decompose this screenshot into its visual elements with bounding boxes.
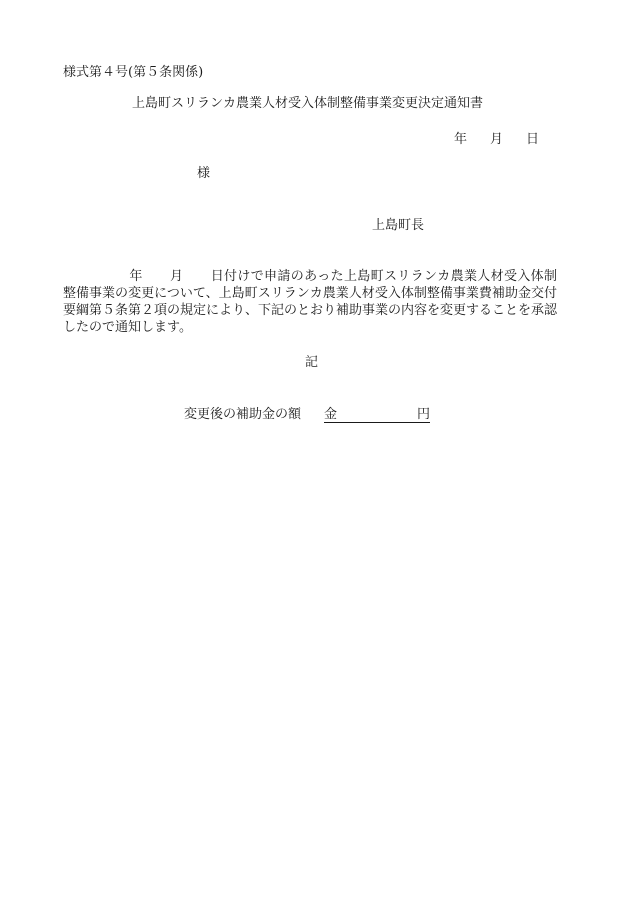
date-day-label: 日 xyxy=(526,133,539,146)
date-month-label: 月 xyxy=(490,133,503,146)
body-year-label: 年 xyxy=(129,269,143,284)
amount-field: 金円 xyxy=(324,408,430,423)
ki-heading: 記 xyxy=(305,356,318,369)
body-month-label: 月 xyxy=(170,269,184,284)
amount-suffix: 円 xyxy=(417,408,430,421)
date-line: 年月日 xyxy=(454,133,539,146)
date-year-label: 年 xyxy=(454,133,467,146)
amount-prefix: 金 xyxy=(324,407,337,422)
amount-label: 変更後の補助金の額 xyxy=(184,408,301,421)
recipient-suffix: 様 xyxy=(197,167,210,180)
issuer-name: 上島町長 xyxy=(372,219,424,232)
document-title: 上島町スリランカ農業人材受入体制整備事業変更決定通知書 xyxy=(132,97,483,110)
form-number: 様式第４号(第５条関係) xyxy=(63,66,203,79)
body-paragraph: 年月日付けで申請のあった上島町スリランカ農業人材受入体制整備事業の変更について、… xyxy=(63,268,557,336)
amount-row: 変更後の補助金の額金円 xyxy=(184,408,430,423)
